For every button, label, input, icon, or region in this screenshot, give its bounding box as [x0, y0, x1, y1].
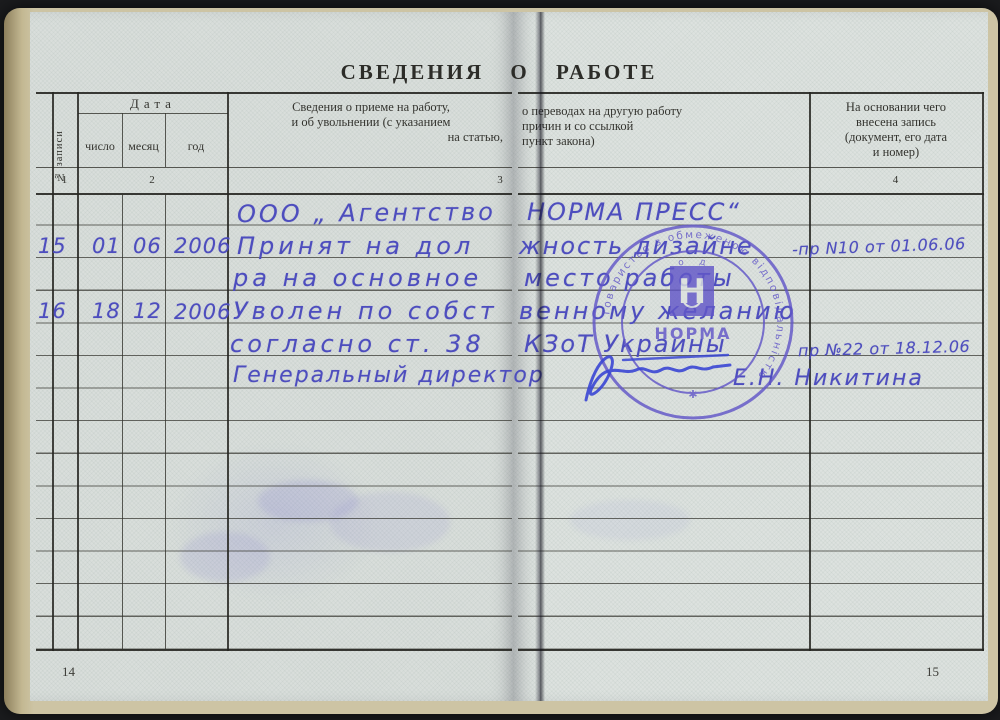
- date-sub-day: число: [78, 139, 122, 154]
- info-header-right: о переводах на другую работу причин и со…: [522, 104, 802, 149]
- hw-month-15: 06: [133, 234, 162, 258]
- basis-header: На основании чего внесена запись (докуме…: [813, 100, 979, 160]
- hw-day-15: 01: [92, 234, 121, 258]
- table-top-border: [36, 92, 512, 94]
- date-sub-month: месяц: [122, 139, 165, 154]
- hw-dismissed-line1-left: Уволен по собст: [233, 297, 498, 325]
- signature-flourish: [623, 355, 728, 360]
- hw-hired-line2-left: ра на основное: [233, 264, 482, 292]
- col-number-1: 1: [52, 174, 77, 186]
- record-number-header: № записи: [54, 102, 65, 182]
- hw-record-no-15: 15: [38, 234, 67, 258]
- page-number-left: 14: [62, 664, 75, 680]
- page-number-right: 15: [926, 664, 939, 680]
- date-sub-year: год: [165, 139, 227, 154]
- date-header: Дата: [78, 96, 228, 112]
- col-number-3: 3: [490, 174, 510, 186]
- book-cover-edges: СВЕДЕНИЯ О РАБОТЕ № зап: [4, 8, 998, 714]
- col-number-4: 4: [809, 174, 982, 186]
- stamp-name-text: НОРМА: [654, 324, 731, 343]
- col-divider: [227, 92, 229, 651]
- ruled-lines-left: [36, 193, 512, 651]
- date-sub-divider: [122, 193, 123, 651]
- date-header-underline: [78, 113, 228, 114]
- page-title: СВЕДЕНИЯ О РАБОТЕ: [30, 60, 968, 85]
- hw-hired-line1-left: Принят на дол: [237, 232, 474, 260]
- hw-record-no-16: 16: [38, 299, 67, 323]
- date-sub-divider: [165, 193, 166, 651]
- table-right-border: [982, 92, 984, 651]
- hw-month-16: 12: [133, 299, 162, 323]
- table-bottom-border: [518, 649, 984, 651]
- book-gutter: [535, 12, 545, 701]
- header-bottom-line: [36, 167, 512, 168]
- signature-stroke: [586, 357, 730, 400]
- director-signature: [568, 342, 768, 417]
- hw-year-15: 2006: [174, 234, 231, 258]
- book-spread: СВЕДЕНИЯ О РАБОТЕ № зап: [30, 12, 988, 701]
- hw-dismissed-line2-left: согласно ст. 38: [230, 330, 485, 358]
- hw-director-title: Генеральный директор: [233, 363, 545, 388]
- hw-year-16: 2006: [174, 300, 231, 324]
- hw-company-name-left: ООО „ Агентство: [237, 198, 496, 228]
- table-top-border: [518, 92, 984, 94]
- col-number-2: 2: [77, 174, 227, 186]
- table-bottom-border: [36, 649, 512, 651]
- info-header-left: Сведения о приеме на работу, и об увольн…: [233, 100, 509, 145]
- header-bottom-line: [518, 167, 984, 168]
- workbook-scan: СВЕДЕНИЯ О РАБОТЕ № зап: [0, 0, 1000, 720]
- hw-day-16: 18: [92, 299, 121, 323]
